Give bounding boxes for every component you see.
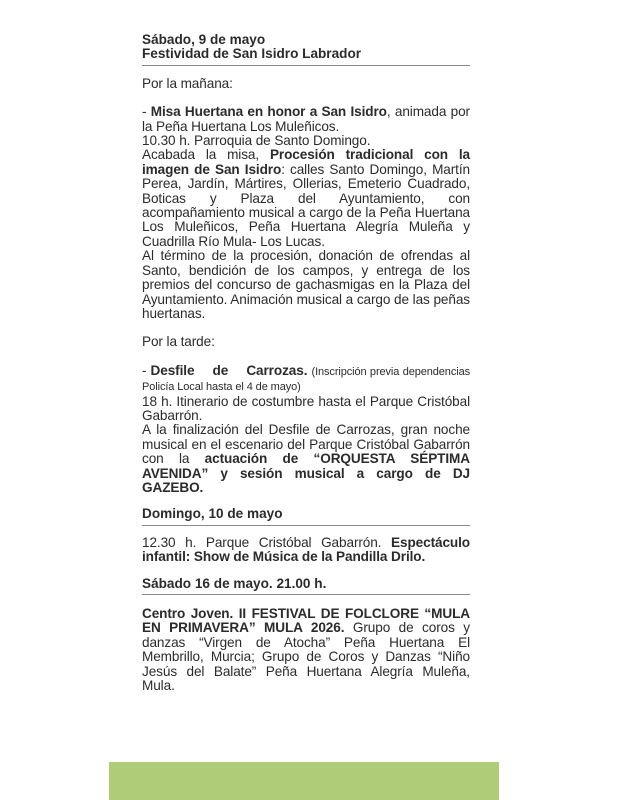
footer-color-bar — [109, 762, 499, 800]
misa-paragraph: - Misa Huertana en honor a San Isidro, a… — [142, 105, 470, 134]
desfile-title: Desfile de Carrozas. — [151, 363, 308, 378]
ofrendas-paragraph: Al término de la procesión, donación de … — [142, 249, 470, 321]
morning-label: Por la mañana: — [142, 77, 470, 91]
afternoon-label: Por la tarde: — [142, 335, 470, 349]
section-heading-sabado-9: Sábado, 9 de mayo Festividad de San Isid… — [142, 33, 470, 66]
heading-date: Sábado, 9 de mayo — [142, 33, 470, 47]
section-heading-domingo-10: Domingo, 10 de mayo — [142, 507, 470, 525]
festival-paragraph: Centro Joven. II FESTIVAL DE FOLCLORE “M… — [142, 607, 470, 693]
domingo-paragraph: 12.30 h. Parque Cristóbal Gabarrón. Espe… — [142, 536, 470, 565]
dash: - — [142, 104, 151, 119]
domingo-prefix: 12.30 h. Parque Cristóbal Gabarrón. — [142, 535, 391, 550]
itinerario: 18 h. Itinerario de costumbre hasta el P… — [142, 395, 470, 424]
heading-title: Festividad de San Isidro Labrador — [142, 47, 470, 61]
procesion-paragraph: Acabada la misa, Procesión tradicional c… — [142, 148, 470, 249]
program-column: Sábado, 9 de mayo Festividad de San Isid… — [142, 33, 470, 693]
desfile-paragraph: - Desfile de Carrozas. (Inscripción prev… — [142, 364, 470, 395]
noche-paragraph: A la finalización del Desfile de Carroza… — [142, 423, 470, 495]
dash: - — [142, 363, 151, 378]
procesion-prefix: Acabada la misa, — [142, 147, 270, 162]
section-heading-sabado-16: Sábado 16 de mayo. 21.00 h. — [142, 577, 470, 595]
misa-time: 10.30 h. Parroquia de Santo Domingo. — [142, 134, 470, 148]
misa-title: Misa Huertana en honor a San Isidro — [151, 104, 387, 119]
